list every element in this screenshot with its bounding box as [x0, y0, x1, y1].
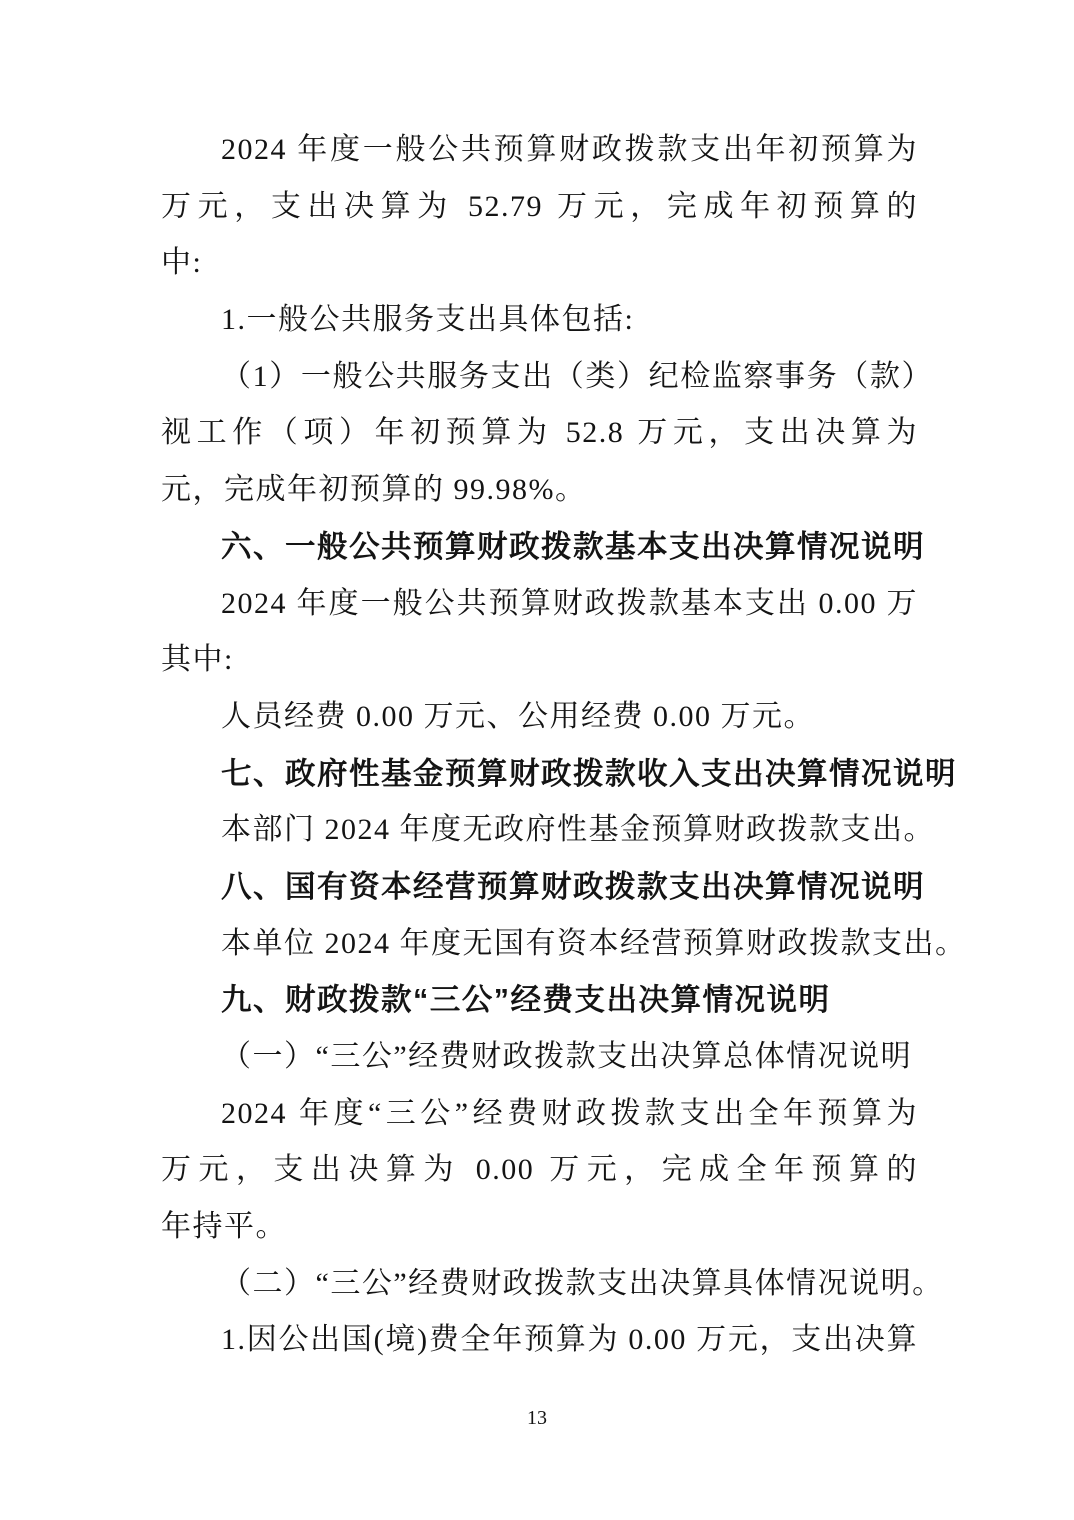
paragraph: 2024 年度一般公共预算财政拨款基本支出 0.00 万元，其中:: [161, 576, 918, 689]
paragraph: 本单位 2024 年度无国有资本经营预算财政拨款支出。: [161, 916, 918, 973]
text-line: 七、政府性基金预算财政拨款收入支出决算情况说明: [161, 746, 918, 803]
text-line: 六、一般公共预算财政拨款基本支出决算情况说明: [161, 519, 918, 576]
paragraph: 2024 年度“三公”经费财政拨款支出全年预算为 0.00万元，支出决算为 0.…: [161, 1086, 918, 1256]
section-heading: 七、政府性基金预算财政拨款收入支出决算情况说明: [161, 746, 918, 803]
section-heading: 八、国有资本经营预算财政拨款支出决算情况说明: [161, 859, 918, 916]
document-body: 2024 年度一般公共预算财政拨款支出年初预算为 54.00万元，支出决算为 5…: [161, 122, 918, 1369]
text-line: （一）“三公”经费财政拨款支出决算总体情况说明: [161, 1029, 918, 1086]
document-page: 2024 年度一般公共预算财政拨款支出年初预算为 54.00万元，支出决算为 5…: [0, 0, 1074, 1520]
text-line: 1.因公出国(境)费全年预算为 0.00 万元，支出决算为: [161, 1312, 918, 1369]
section-heading: 九、财政拨款“三公”经费支出决算情况说明: [161, 972, 918, 1029]
text-line: 2024 年度一般公共预算财政拨款支出年初预算为 54.00: [161, 122, 918, 179]
text-line: 年持平。: [161, 1199, 918, 1256]
paragraph: 本部门 2024 年度无政府性基金预算财政拨款支出。: [161, 802, 918, 859]
paragraph: 2024 年度一般公共预算财政拨款支出年初预算为 54.00万元，支出决算为 5…: [161, 122, 918, 292]
text-line: 九、财政拨款“三公”经费支出决算情况说明: [161, 972, 918, 1029]
paragraph: 1.因公出国(境)费全年预算为 0.00 万元，支出决算为: [161, 1312, 918, 1369]
paragraph: 1.一般公共服务支出具体包括:: [161, 292, 918, 349]
paragraph: （一）“三公”经费财政拨款支出决算总体情况说明: [161, 1029, 918, 1086]
text-line: 本部门 2024 年度无政府性基金预算财政拨款支出。: [161, 802, 918, 859]
section-heading: 六、一般公共预算财政拨款基本支出决算情况说明: [161, 519, 918, 576]
text-line: 本单位 2024 年度无国有资本经营预算财政拨款支出。: [161, 916, 918, 973]
paragraph: （1）一般公共服务支出（类）纪检监察事务（款）巡视工作（项）年初预算为 52.8…: [161, 349, 918, 519]
text-line: 视工作（项）年初预算为 52.8 万元，支出决算为 52.79 万: [161, 405, 918, 462]
text-line: 万元，支出决算为 0.00 万元，完成全年预算的 0.00%，较上: [161, 1142, 918, 1199]
text-line: （二）“三公”经费财政拨款支出决算具体情况说明。: [161, 1256, 918, 1313]
text-line: 八、国有资本经营预算财政拨款支出决算情况说明: [161, 859, 918, 916]
text-line: 2024 年度“三公”经费财政拨款支出全年预算为 0.00: [161, 1086, 918, 1143]
text-line: 人员经费 0.00 万元、公用经费 0.00 万元。: [161, 689, 918, 746]
page-number: 13: [0, 1406, 1074, 1430]
text-line: 2024 年度一般公共预算财政拨款基本支出 0.00 万元，: [161, 576, 918, 633]
paragraph: （二）“三公”经费财政拨款支出决算具体情况说明。: [161, 1256, 918, 1313]
text-line: 1.一般公共服务支出具体包括:: [161, 292, 918, 349]
text-line: 中:: [161, 235, 918, 292]
text-line: 其中:: [161, 632, 918, 689]
text-line: 万元，支出决算为 52.79 万元，完成年初预算的 97.8%。其: [161, 179, 918, 236]
text-line: 元，完成年初预算的 99.98%。: [161, 462, 918, 519]
paragraph: 人员经费 0.00 万元、公用经费 0.00 万元。: [161, 689, 918, 746]
text-line: （1）一般公共服务支出（类）纪检监察事务（款）巡: [161, 349, 918, 406]
